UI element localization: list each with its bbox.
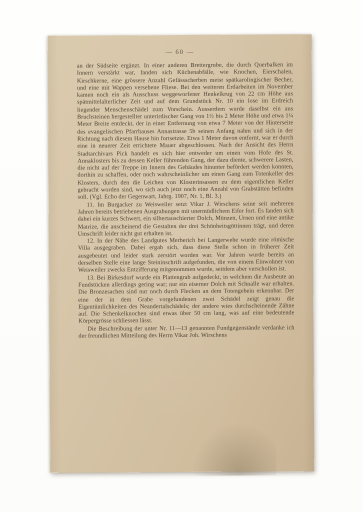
- paragraph: 12. In der Nähe des Landgutes Merberich …: [78, 237, 294, 275]
- paragraph: 13. Bei Birkesdorf wurde ein Plattengrab…: [78, 274, 294, 326]
- paragraph: an der Südseite ergänzt. In einer andere…: [77, 62, 294, 202]
- page-number: — 60 —: [48, 48, 312, 57]
- text-block: an der Südseite ergänzt. In einer andere…: [77, 62, 295, 341]
- paragraph: Die Beschreibung der unter Nr. 11—13 gen…: [78, 325, 294, 341]
- book-page: — 60 — an der Südseite ergänzt. In einer…: [48, 34, 315, 473]
- scan-background: — 60 — an der Südseite ergänzt. In einer…: [0, 0, 363, 512]
- paragraph: 11. Im Burgacker zu Weisweiler setzt Vik…: [78, 201, 294, 239]
